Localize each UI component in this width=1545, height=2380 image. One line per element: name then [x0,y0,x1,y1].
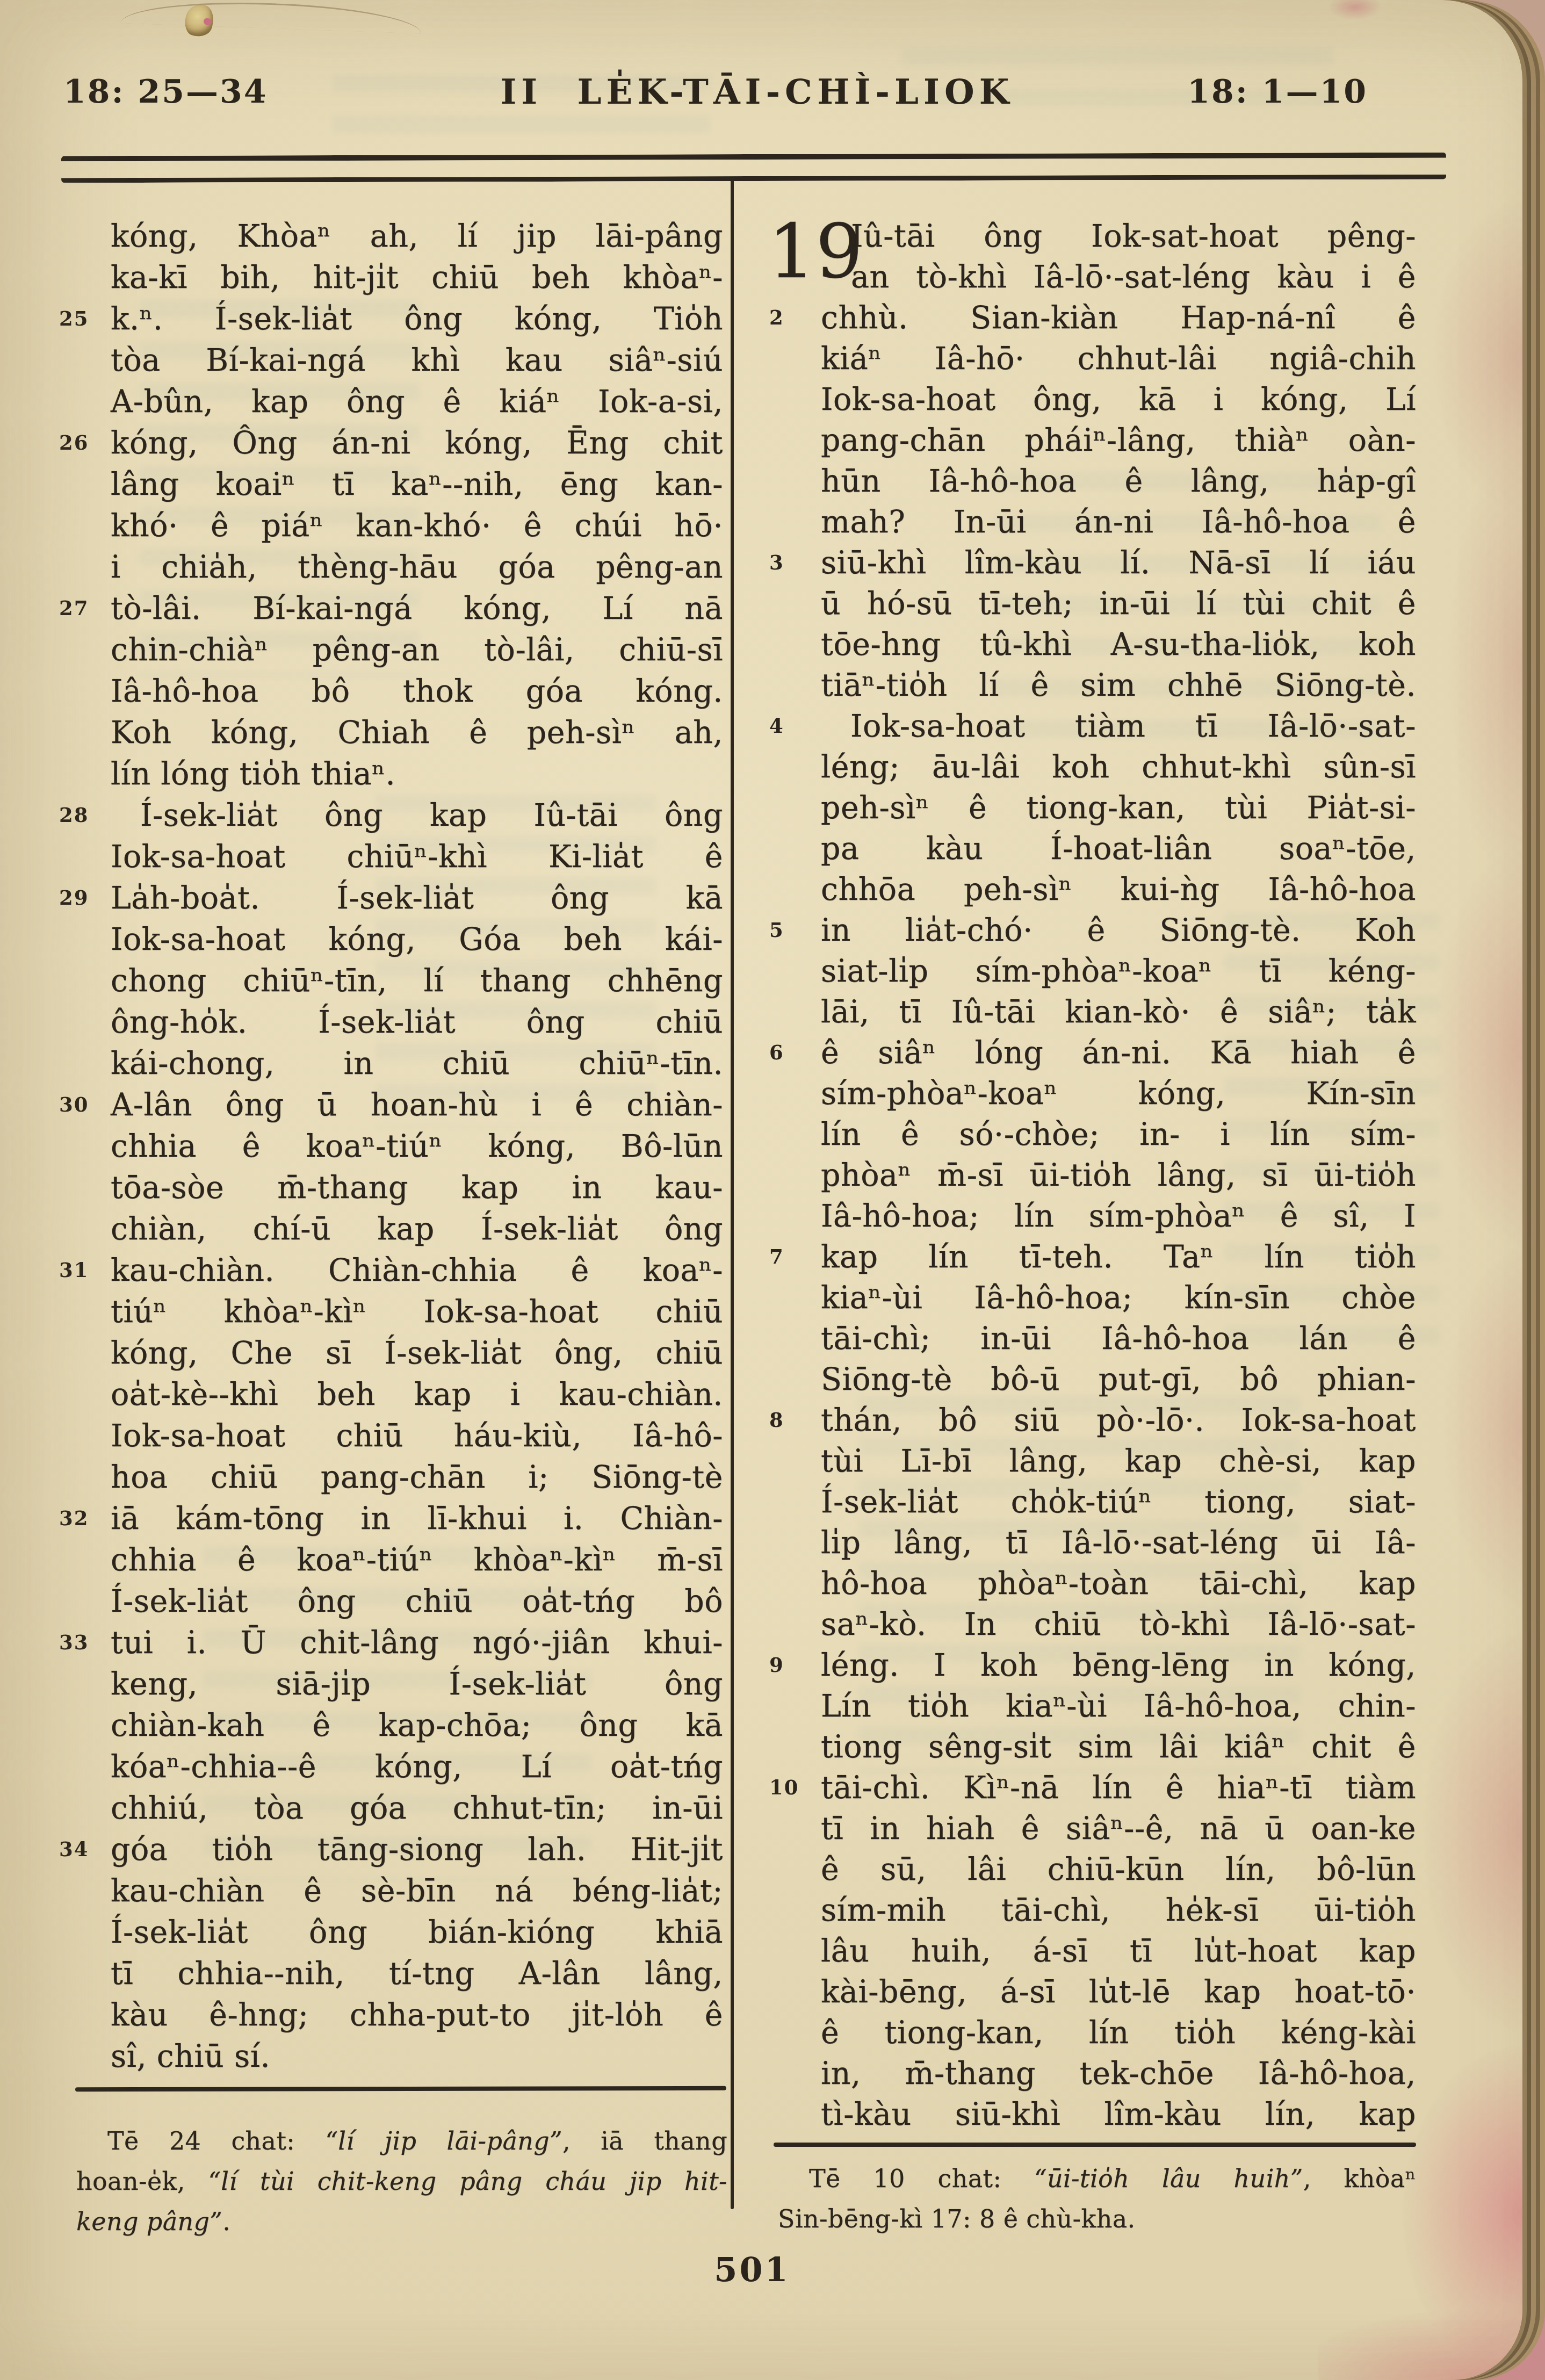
line-text: La̍h-boa̍t. Í-sek-lia̍t ông kā [111,881,723,916]
verse-number: 6 [769,1034,809,1071]
line-text: Iok-sa-hoat tiàm tī Iâ-lō·-sat- [850,709,1416,744]
text-line: kóng, Che sī Í-sek-lia̍t ông, chiū [111,1333,723,1374]
text-line: lāi, tī Iû-tāi kian-kò· ê siâⁿ; ta̍k [821,992,1416,1033]
footnote-left: Tē 24 chat: “lí jip lāi-pâng”, iā thangh… [76,2121,727,2242]
line-text: ka-kī bih, hit-ji̍t chiū beh khòaⁿ- [111,260,723,295]
line-text: Iâ-hô-hoa; lín sím-phòaⁿ ê sî, I [821,1199,1416,1234]
text-line: Iok-sa-hoat kóng, Góa beh kái- [111,919,723,961]
line-text: Siōng-tè bô-ū put-gī, bô phian- [821,1362,1416,1397]
verse-number: 26 [59,424,99,461]
line-text: ê siâⁿ lóng án-ni. Kā hiah ê [821,1035,1416,1071]
line-text: oa̍t-kè--khì beh kap i kau-chiàn. [111,1377,723,1412]
text-line: pang-chān pháiⁿ-lâng, thiàⁿ oàn- [821,420,1416,461]
text-line: Iû-tāi ông Iok-sat-hoat pêng- [821,216,1416,257]
text-line: 2chhù. Sian-kiàn Hap-ná-nî ê [821,298,1416,338]
verse-number: 7 [769,1238,809,1275]
text-line: chin-chiàⁿ pêng-an tò-lâi, chiū-sī [111,630,723,671]
text-line: chhōa peh-sìⁿ kui-ǹg Iâ-hô-hoa [821,869,1416,910]
line-text: hūn Iâ-hô-hoa ê lâng, ha̍p-gî [821,464,1416,499]
line-text: hô-hoa phòaⁿ-toàn tāi-chì, kap [821,1566,1416,1602]
text-line: tī in hiah ê siâⁿ--ê, nā ū oan-ke [821,1808,1416,1849]
line-text: in, m̄-thang tek-chōe Iâ-hô-hoa, [821,2056,1416,2091]
line-text: góa tio̍h tāng-siong lah. Hit-ji̍t [111,1832,723,1867]
line-text: kóng, Ông án-ni kóng, Ēng chit [111,425,723,461]
text-line: ê sū, lâi chiū-kūn lín, bô-lūn [821,1849,1416,1890]
text-column-left: kóng, Khòaⁿ ah, lí jip lāi-pângka-kī bih… [111,216,723,2078]
line-text: thán, bô siū pò·-lō·. Iok-sa-hoat [821,1403,1416,1438]
text-line: Í-sek-lia̍t ông chiū oa̍t-tńg bô [111,1581,723,1622]
line-text: peh-sìⁿ ê tiong-kan, tùi Pia̍t-si- [821,790,1416,826]
line-text: chhù. Sian-kiàn Hap-ná-nî ê [821,300,1416,336]
text-line: lâng koaiⁿ tī kaⁿ--nih, ēng kan- [111,464,723,506]
text-line: i chia̍h, thèng-hāu góa pêng-an [111,547,723,588]
text-line: phòaⁿ m̄-sī ūi-tio̍h lâng, sī ūi-tio̍h [821,1155,1416,1196]
line-text: kau-chiàn ê sè-bīn ná béng-lia̍t; [111,1873,723,1909]
line-text: sím-phòaⁿ-koaⁿ kóng, Kín-sīn [821,1076,1416,1112]
line-text: pang-chān pháiⁿ-lâng, thiàⁿ oàn- [821,423,1416,458]
line-text: chong chiūⁿ-tīn, lí thang chhēng [111,963,723,999]
text-line: sím-mih tāi-chì, he̍k-sī ūi-tio̍h [821,1890,1416,1931]
text-line: léng; āu-lâi koh chhut-khì sûn-sī [821,747,1416,788]
line-text: A-lân ông ū hoan-hù i ê chiàn- [111,1087,723,1123]
text-line: 33tui i. Ū chit-lâng ngó·-jiân khui- [111,1622,723,1664]
line-text: tī in hiah ê siâⁿ--ê, nā ū oan-ke [821,1811,1416,1847]
text-line: sî, chiū sí. [111,2036,723,2078]
line-text: khó· ê piáⁿ kan-khó· ê chúi hō· [111,508,723,544]
line-text: lín ê só·-chòe; in- i lín sím- [821,1117,1416,1152]
text-line: tōe-hng tû-khì A-su-tha-lio̍k, koh [821,624,1416,665]
running-header: 18: 25—34 II LE̍K-TĀI-CHÌ-LIOK 18: 1—10 [0,73,1545,119]
text-line: Lín tio̍h kiaⁿ-ùi Iâ-hô-hoa, chin- [821,1686,1416,1727]
line-text: tāi-chì. Kìⁿ-nā lín ê hiaⁿ-tī tiàm [821,1770,1416,1806]
line-text: an tò-khì Iâ-lō·-sat-léng kàu i ê [851,259,1416,295]
text-line: tōa-sòe m̄-thang kap in kau- [111,1167,723,1209]
text-line: 7kap lín tī-teh. Taⁿ lín tio̍h [821,1237,1416,1278]
line-text: sî, chiū sí. [111,2039,270,2074]
text-line: keng, siā-ji̍p Í-sek-lia̍t ông [111,1664,723,1705]
line-text: lín lóng tio̍h thiaⁿ. [111,756,395,792]
line-text: chin-chiàⁿ pêng-an tò-lâi, chiū-sī [111,632,723,668]
text-line: an tò-khì Iâ-lō·-sat-léng kàu i ê [821,257,1416,298]
verse-number: 25 [59,300,99,337]
line-text: Koh kóng, Chiah ê peh-sìⁿ ah, [111,715,723,751]
line-text: A-bûn, kap ông ê kiáⁿ Iok-a-si, [111,384,723,420]
line-text: Tē 10 chat: “ūi-tio̍h lâu huih”, khòaⁿ [809,2164,1416,2193]
line-text: léng. I koh bēng-lēng in kóng, [821,1648,1416,1683]
column-divider-rule [731,177,734,2209]
text-line: pa kàu Í-hoat-liân soaⁿ-tōe, [821,828,1416,869]
line-text: tī chhia--nih, tí-tng A-lân lâng, [111,1956,723,1992]
text-line: Siōng-tè bô-ū put-gī, bô phian- [821,1359,1416,1400]
text-line: 25k.ⁿ. Í-sek-lia̍t ông kóng, Tio̍h [111,299,723,340]
text-line: 32iā kám-tōng in lī-khui i. Chiàn- [111,1498,723,1540]
line-text: Iû-tāi ông Iok-sat-hoat pêng- [851,219,1416,254]
footnote-separator-left [75,2086,726,2092]
line-text: k.ⁿ. Í-sek-lia̍t ông kóng, Tio̍h [111,301,723,337]
text-line: tī chhia--nih, tí-tng A-lân lâng, [111,1953,723,1995]
text-line: tiāⁿ-tio̍h lí ê sim chhē Siōng-tè. [821,665,1416,706]
header-verse-range-right: 18: 1—10 [1187,73,1368,111]
text-line: ū hó-sū tī-teh; in-ūi lí tùi chit ê [821,583,1416,624]
text-line: chong chiūⁿ-tīn, lí thang chhēng [111,961,723,1002]
line-text: kóaⁿ-chhia--ê kóng, Lí oa̍t-tńg [111,1749,723,1785]
line-text: Í-sek-lia̍t ông chiū oa̍t-tńg bô [111,1584,723,1619]
text-line: tòa Bí-kai-ngá khì kau siâⁿ-siú [111,340,723,381]
text-line: Í-sek-lia̍t ông bián-kióng khiā [111,1912,723,1953]
header-verse-range-left: 18: 25—34 [63,73,268,111]
text-line: khó· ê piáⁿ kan-khó· ê chúi hō· [111,506,723,547]
text-line: 3siū-khì lîm-kàu lí. Nā-sī lí iáu [821,543,1416,583]
line-text: kóng, Khòaⁿ ah, lí jip lāi-pâng [111,219,723,254]
line-text: hoan-e̍k, “lí tùi chit-keng pâng cháu ji… [76,2167,727,2196]
line-text: hoa chiū pang-chān i; Siōng-tè [111,1460,723,1495]
text-line: chhia ê koaⁿ-tiúⁿ khòaⁿ-kìⁿ m̄-sī [111,1540,723,1581]
line-text: chhōa peh-sìⁿ kui-ǹg Iâ-hô-hoa [821,872,1416,907]
header-double-rule [61,153,1446,183]
text-line: tì-kàu siū-khì lîm-kàu lín, kap [821,2094,1416,2135]
line-text: pa kàu Í-hoat-liân soaⁿ-tōe, [821,831,1416,867]
text-line: 28Í-sek-lia̍t ông kap Iû-tāi ông [111,795,723,836]
text-line: Sin-bēng-kì 17: 8 ê chù-kha. [778,2199,1416,2239]
line-text: saⁿ-kò. In chiū tò-khì Iâ-lō·-sat- [821,1607,1416,1642]
verse-number: 31 [59,1251,99,1289]
line-text: mah? In-ūi án-ni Iâ-hô-hoa ê [821,504,1416,540]
line-text: Iâ-hô-hoa bô thok góa kóng. [111,674,723,709]
verse-number: 29 [59,879,99,917]
text-line: 34góa tio̍h tāng-siong lah. Hit-ji̍t [111,1829,723,1871]
line-text: kóng, Che sī Í-sek-lia̍t ông, chiū [111,1336,723,1371]
line-text: in lia̍t-chó· ê Siōng-tè. Koh [821,913,1416,948]
line-text: tòa Bí-kai-ngá khì kau siâⁿ-siú [111,343,723,378]
text-line: lín ê só·-chòe; in- i lín sím- [821,1114,1416,1155]
line-text: sím-mih tāi-chì, he̍k-sī ūi-tio̍h [821,1893,1416,1928]
line-text: chiàn-kah ê kap-chōa; ông kā [111,1708,723,1743]
text-line: saⁿ-kò. In chiū tò-khì Iâ-lō·-sat- [821,1604,1416,1645]
line-text: Lín tio̍h kiaⁿ-ùi Iâ-hô-hoa, chin- [821,1689,1416,1724]
page-number: 501 [634,2250,870,2289]
line-text: kau-chiàn. Chiàn-chhia ê koaⁿ- [111,1253,723,1288]
line-text: Í-sek-lia̍t ông bián-kióng khiā [111,1915,723,1950]
text-line: hūn Iâ-hô-hoa ê lâng, ha̍p-gî [821,461,1416,502]
text-line: Iâ-hô-hoa bô thok góa kóng. [111,671,723,712]
text-line: hoan-e̍k, “lí tùi chit-keng pâng cháu ji… [76,2161,727,2202]
text-line: 8thán, bô siū pò·-lō·. Iok-sa-hoat [821,1400,1416,1441]
line-text: keng pâng”. [76,2207,230,2236]
line-text: kái-chong, in chiū chiūⁿ-tīn. [111,1046,723,1081]
text-line: siat-li̍p sím-phòaⁿ-koaⁿ tī kéng- [821,951,1416,992]
verse-number: 33 [59,1624,99,1661]
line-text: tò-lâi. Bí-kai-ngá kóng, Lí nā [111,591,723,626]
line-text: tùi Lī-bī lâng, kap chè-si, kap [821,1444,1416,1479]
line-text: tiong sêng-si̍t sim lâi kiâⁿ chit ê [821,1729,1416,1765]
text-line: kóaⁿ-chhia--ê kóng, Lí oa̍t-tńg [111,1747,723,1788]
text-line: Iok-sa-hoat chiū háu-kiù, Iâ-hô- [111,1416,723,1457]
verse-number: 32 [59,1499,99,1537]
text-line: 10tāi-chì. Kìⁿ-nā lín ê hiaⁿ-tī tiàm [821,1768,1416,1808]
line-text: tōe-hng tû-khì A-su-tha-lio̍k, koh [821,627,1416,662]
text-line: kau-chiàn ê sè-bīn ná béng-lia̍t; [111,1871,723,1912]
verse-number: 10 [769,1769,809,1806]
line-text: kiáⁿ Iâ-hō· chhut-lâi ngiâ-chih [821,341,1416,377]
line-text: léng; āu-lâi koh chhut-khì sûn-sī [821,749,1416,785]
line-text: chhia ê koaⁿ-tiúⁿ khòaⁿ-kìⁿ m̄-sī [111,1542,723,1578]
line-text: Í-sek-lia̍t cho̍k-tiúⁿ tiong, siat- [821,1484,1416,1520]
verse-number: 4 [769,707,809,745]
line-text: kài-bēng, á-sī lu̍t-lē kap hoat-tō· [821,1974,1416,2010]
line-text: chhiú, tòa góa chhut-tīn; in-ūi [111,1791,723,1826]
footnote-right: Tē 10 chat: “ūi-tio̍h lâu huih”, khòaⁿSi… [778,2159,1416,2239]
text-line: hô-hoa phòaⁿ-toàn tāi-chì, kap [821,1563,1416,1604]
line-text: tāi-chì; in-ūi Iâ-hô-hoa lán ê [821,1321,1416,1357]
line-text: kiaⁿ-ùi Iâ-hô-hoa; kín-sīn chòe [821,1280,1416,1316]
verse-number: 5 [769,911,809,949]
text-line: 6ê siâⁿ lóng án-ni. Kā hiah ê [821,1033,1416,1073]
verse-number: 27 [59,589,99,627]
verse-number: 3 [769,544,809,581]
line-text: ông-ho̍k. Í-sek-lia̍t ông chiū [111,1005,723,1040]
line-text: iā kám-tōng in lī-khui i. Chiàn- [111,1501,723,1537]
line-text: Sin-bēng-kì 17: 8 ê chù-kha. [778,2204,1136,2233]
text-line: tāi-chì; in-ūi Iâ-hô-hoa lán ê [821,1318,1416,1359]
text-line: ê tiong-kan, lín tio̍h kéng-kài [821,2013,1416,2053]
text-line: in, m̄-thang tek-chōe Iâ-hô-hoa, [821,2053,1416,2094]
text-line: A-bûn, kap ông ê kiáⁿ Iok-a-si, [111,381,723,423]
line-text: kap lín tī-teh. Taⁿ lín tio̍h [821,1239,1416,1275]
text-line: 5in lia̍t-chó· ê Siōng-tè. Koh [821,910,1416,951]
printed-content: 18: 25—34 II LE̍K-TĀI-CHÌ-LIOK 18: 1—10 … [0,0,1545,2380]
line-text: ê tiong-kan, lín tio̍h kéng-kài [821,2015,1416,2051]
text-line: peh-sìⁿ ê tiong-kan, tùi Pia̍t-si- [821,788,1416,828]
line-text: phòaⁿ m̄-sī ūi-tio̍h lâng, sī ūi-tio̍h [821,1158,1416,1193]
line-text: Iok-sa-hoat ông, kā i kóng, Lí [821,382,1416,417]
line-text: kàu ê-hng; chha-put-to ji̍t-lo̍h ê [111,1997,723,2033]
text-line: tiong sêng-si̍t sim lâi kiâⁿ chit ê [821,1727,1416,1768]
line-text: tì-kàu siū-khì lîm-kàu lín, kap [821,2097,1416,2132]
line-text: keng, siā-ji̍p Í-sek-lia̍t ông [111,1667,723,1702]
text-line: Tē 10 chat: “ūi-tio̍h lâu huih”, khòaⁿ [778,2159,1416,2199]
line-text: tōa-sòe m̄-thang kap in kau- [111,1170,723,1206]
text-line: Iok-sa-hoat chiūⁿ-khì Ki-lia̍t ê [111,836,723,878]
line-text: lāi, tī Iû-tāi kian-kò· ê siâⁿ; ta̍k [821,994,1416,1030]
text-line: kàu ê-hng; chha-put-to ji̍t-lo̍h ê [111,1995,723,2036]
line-text: Iok-sa-hoat chiūⁿ-khì Ki-lia̍t ê [111,839,723,875]
text-line: Iâ-hô-hoa; lín sím-phòaⁿ ê sî, I [821,1196,1416,1237]
verse-number: 2 [769,299,809,336]
line-text: lâng koaiⁿ tī kaⁿ--nih, ēng kan- [111,467,723,502]
text-line: Koh kóng, Chiah ê peh-sìⁿ ah, [111,712,723,754]
verse-number: 34 [59,1830,99,1868]
verse-number: 28 [59,796,99,834]
line-text: tiúⁿ khòaⁿ-kìⁿ Iok-sa-hoat chiū [111,1294,723,1330]
text-line: 27tò-lâi. Bí-kai-ngá kóng, Lí nā [111,588,723,630]
line-text: Iok-sa-hoat chiū háu-kiù, Iâ-hô- [111,1418,723,1454]
text-line: 30A-lân ông ū hoan-hù i ê chiàn- [111,1085,723,1126]
text-line: lín lóng tio̍h thiaⁿ. [111,754,723,795]
line-text: chhia ê koaⁿ-tiúⁿ kóng, Bô-lūn [111,1129,723,1164]
line-text: chiàn, chí-ū kap Í-sek-lia̍t ông [111,1211,723,1247]
text-line: tiúⁿ khòaⁿ-kìⁿ Iok-sa-hoat chiū [111,1292,723,1333]
text-line: chiàn, chí-ū kap Í-sek-lia̍t ông [111,1209,723,1250]
text-line: chhiú, tòa góa chhut-tīn; in-ūi [111,1788,723,1829]
line-text: Í-sek-lia̍t ông kap Iû-tāi ông [140,798,723,833]
text-line: Tē 24 chat: “lí jip lāi-pâng”, iā thang [76,2121,727,2161]
text-line: lâu huih, á-sī tī lu̍t-hoat kap [821,1931,1416,1972]
line-text: siū-khì lîm-kàu lí. Nā-sī lí iáu [821,545,1416,581]
text-line: chiàn-kah ê kap-chōa; ông kā [111,1705,723,1747]
line-text: lâu huih, á-sī tī lu̍t-hoat kap [821,1934,1416,1969]
text-line: 31kau-chiàn. Chiàn-chhia ê koaⁿ- [111,1250,723,1292]
line-text: i chia̍h, thèng-hāu góa pêng-an [111,550,723,585]
text-line: ông-ho̍k. Í-sek-lia̍t ông chiū [111,1002,723,1043]
text-line: kóng, Khòaⁿ ah, lí jip lāi-pâng [111,216,723,257]
line-text: siat-li̍p sím-phòaⁿ-koaⁿ tī kéng- [821,954,1416,989]
text-line: kiáⁿ Iâ-hō· chhut-lâi ngiâ-chih [821,338,1416,379]
text-line: 4Iok-sa-hoat tiàm tī Iâ-lō·-sat- [821,706,1416,747]
text-line: oa̍t-kè--khì beh kap i kau-chiàn. [111,1374,723,1416]
text-line: tùi Lī-bī lâng, kap chè-si, kap [821,1441,1416,1482]
line-text: tiāⁿ-tio̍h lí ê sim chhē Siōng-tè. [821,668,1416,703]
text-line: Iok-sa-hoat ông, kā i kóng, Lí [821,379,1416,420]
text-line: chhia ê koaⁿ-tiúⁿ kóng, Bô-lūn [111,1126,723,1167]
text-line: kiaⁿ-ùi Iâ-hô-hoa; kín-sīn chòe [821,1278,1416,1318]
line-text: Tē 24 chat: “lí jip lāi-pâng”, iā thang [107,2126,727,2155]
text-line: 29La̍h-boa̍t. Í-sek-lia̍t ông kā [111,878,723,919]
verse-number: 9 [769,1646,809,1684]
text-line: Í-sek-lia̍t cho̍k-tiúⁿ tiong, siat- [821,1482,1416,1523]
header-book-title: II LE̍K-TĀI-CHÌ-LIOK [500,72,1014,112]
verse-number: 30 [59,1086,99,1123]
verse-number: 8 [769,1401,809,1439]
text-line: sím-phòaⁿ-koaⁿ kóng, Kín-sīn [821,1073,1416,1114]
text-line: li̍p lâng, tī Iâ-lō·-sat-léng ūi Iâ- [821,1523,1416,1563]
text-line: keng pâng”. [76,2202,727,2242]
line-text: tui i. Ū chit-lâng ngó·-jiân khui- [111,1625,723,1661]
text-line: kài-bēng, á-sī lu̍t-lē kap hoat-tō· [821,1972,1416,2013]
text-line: kái-chong, in chiū chiūⁿ-tīn. [111,1043,723,1085]
line-text: li̍p lâng, tī Iâ-lō·-sat-léng ūi Iâ- [821,1525,1416,1561]
line-text: ê sū, lâi chiū-kūn lín, bô-lūn [821,1852,1416,1887]
text-line: ka-kī bih, hit-ji̍t chiū beh khòaⁿ- [111,257,723,299]
footnote-separator-right [774,2143,1416,2147]
text-line: mah? In-ūi án-ni Iâ-hô-hoa ê [821,502,1416,543]
text-column-right: 19Iû-tāi ông Iok-sat-hoat pêng-an tò-khì… [821,216,1416,2135]
line-text: Iok-sa-hoat kóng, Góa beh kái- [111,922,723,957]
text-line: 26kóng, Ông án-ni kóng, Ēng chit [111,423,723,464]
text-line: hoa chiū pang-chān i; Siōng-tè [111,1457,723,1498]
text-line: 9léng. I koh bēng-lēng in kóng, [821,1645,1416,1686]
line-text: ū hó-sū tī-teh; in-ūi lí tùi chit ê [821,586,1416,622]
